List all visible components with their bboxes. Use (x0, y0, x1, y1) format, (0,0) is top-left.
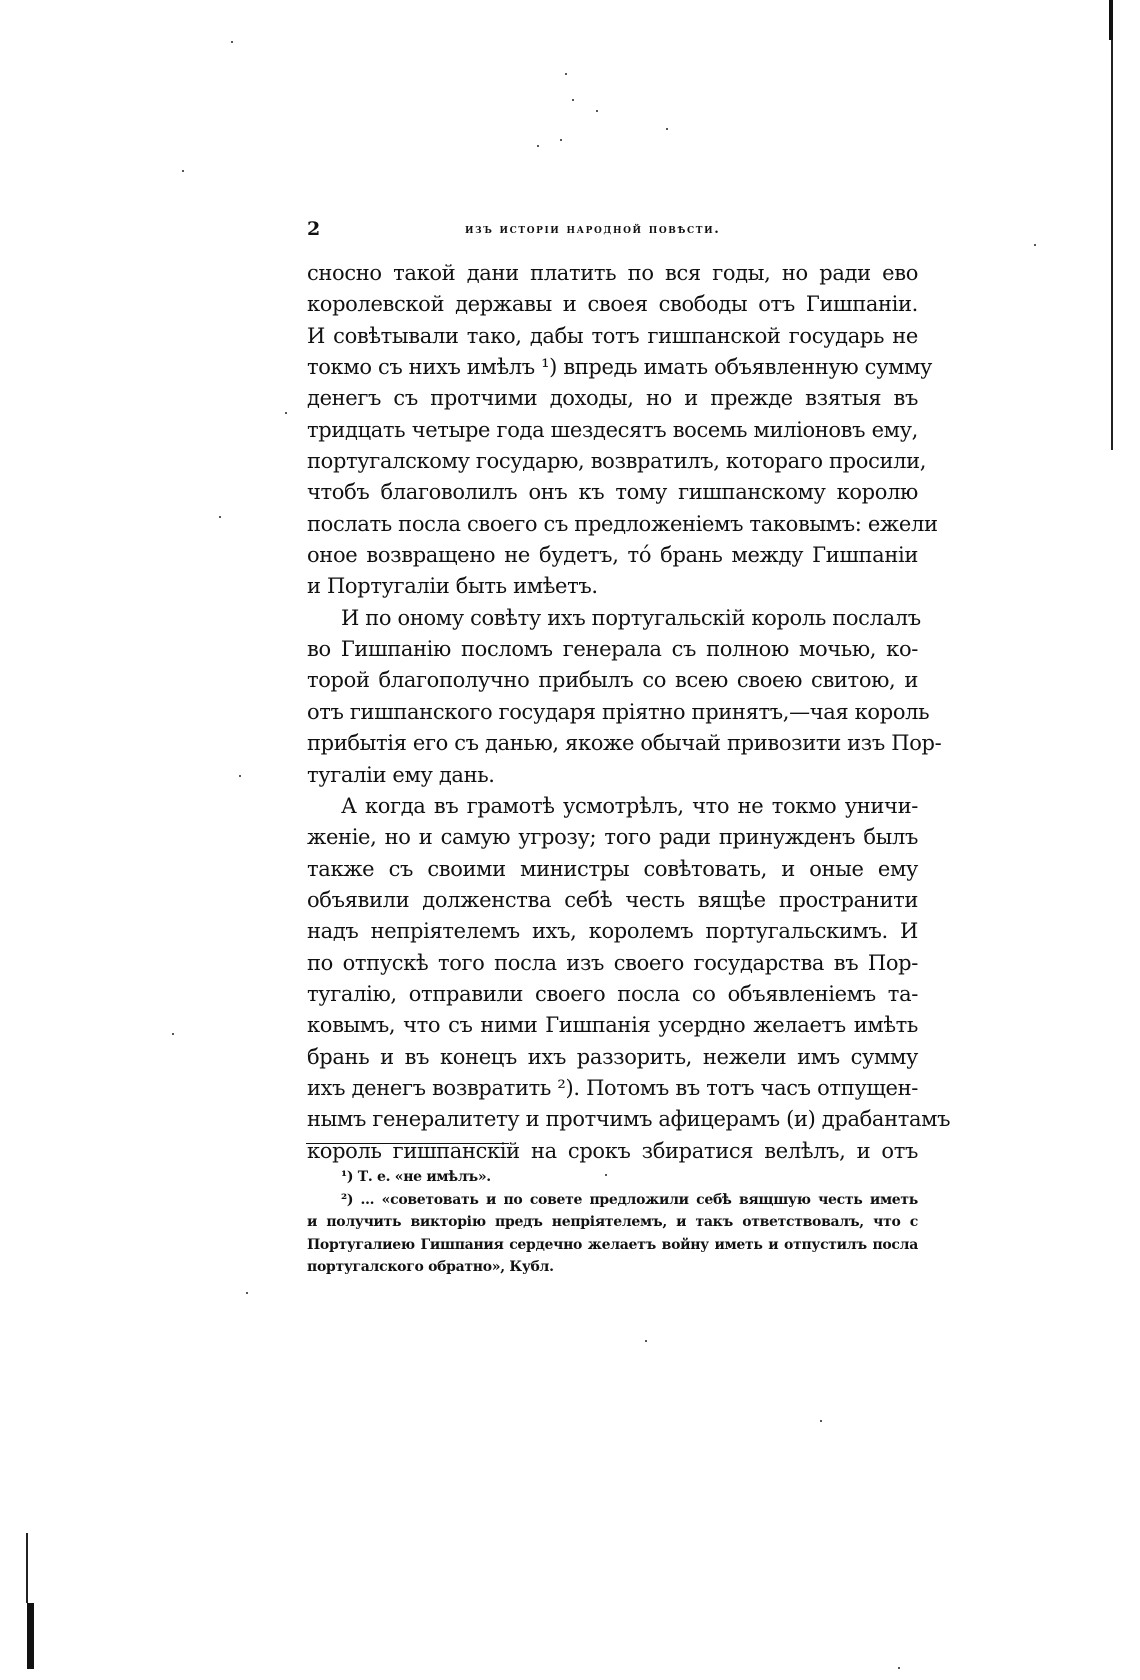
text-line: по отпускѣ того посла изъ своего государ… (307, 948, 918, 979)
text-line: надъ непріятелемъ ихъ, королемъ португал… (307, 916, 918, 947)
footnote-1: ¹) Т. е. «не имѣлъ». (307, 1166, 918, 1189)
footnotes: ¹) Т. е. «не имѣлъ». ²) … «советовать и … (307, 1166, 918, 1279)
text-line: прибытія его съ данью, якоже обычай прив… (307, 728, 918, 759)
scan-speck (285, 412, 287, 414)
scan-speck (565, 73, 567, 75)
running-head: 2 ИЗЪ ИСТОРІИ НАРОДНОЙ ПОВѢСТИ. (307, 218, 918, 240)
paragraph-start-line: И по оному совѣту ихъ португальскій коро… (307, 603, 918, 634)
text-line: денегъ съ протчими доходы, но и прежде в… (307, 383, 918, 414)
text-line: ковымъ, что съ ними Гишпанія усердно жел… (307, 1010, 918, 1041)
scan-edge-line-left (26, 1533, 28, 1603)
footnote-line: и получить викторію предъ непріятелемъ, … (307, 1211, 918, 1234)
text-line: тугаліи ему дань. (307, 760, 918, 791)
text-line: и Португаліи быть имѣетъ. (307, 571, 918, 602)
scan-edge-line-right (1111, 0, 1113, 450)
scan-speck (219, 516, 221, 518)
scan-speck (1034, 244, 1036, 246)
text-line: И совѣтывали тако, дабы тотъ гишпанской … (307, 321, 918, 352)
text-line: королевской державы и своея свободы отъ … (307, 289, 918, 320)
scan-speck (645, 1340, 647, 1342)
book-page: 2 ИЗЪ ИСТОРІИ НАРОДНОЙ ПОВѢСТИ. сносно т… (0, 0, 1140, 1680)
scan-speck (560, 139, 562, 141)
text-line: тридцать четыре года шездесятъ восемь ми… (307, 415, 918, 446)
text-line: ихъ денегъ возвратить ²). Потомъ въ тотъ… (307, 1073, 918, 1104)
scan-speck (246, 1292, 248, 1294)
footnote-line: Португалиею Гишпания сердечно желаетъ во… (307, 1234, 918, 1257)
text-line: король гишпанскій на срокъ збиратися вел… (307, 1136, 918, 1167)
text-line: объявили долженства себѣ честь вящѣе про… (307, 885, 918, 916)
text-line: португалскому государю, возвратилъ, кото… (307, 446, 918, 477)
text-line: во Гишпанію посломъ генерала съ полною м… (307, 634, 918, 665)
scan-speck (596, 110, 598, 112)
text-line: токмо съ нихъ имѣлъ ¹) впредь имать объя… (307, 352, 918, 383)
scan-edge-bar-left (27, 1603, 34, 1669)
scan-speck (172, 1033, 174, 1035)
text-line: отъ гишпанского государя пріятно принятъ… (307, 697, 918, 728)
text-line: послать посла своего съ предложеніемъ та… (307, 509, 918, 540)
body-text: сносно такой дани платить по вся годы, н… (307, 258, 918, 1167)
text-line: женіе, но и самую угрозу; того ради прин… (307, 822, 918, 853)
scan-edge-mark-right-top (1109, 0, 1113, 40)
footnote-separator (306, 1143, 509, 1144)
text-line: торой благополучно прибылъ со всею своею… (307, 665, 918, 696)
text-line: чтобъ благоволилъ онъ къ тому гишпанском… (307, 477, 918, 508)
scan-speck (898, 1667, 900, 1669)
text-line: брань и въ конецъ ихъ раззорить, нежели … (307, 1042, 918, 1073)
running-title: ИЗЪ ИСТОРІИ НАРОДНОЙ ПОВѢСТИ. (465, 220, 720, 240)
scan-speck (239, 775, 241, 777)
scan-speck (537, 145, 539, 147)
text-line: нымъ генералитету и протчимъ афицерамъ (… (307, 1104, 918, 1135)
footnote-line: португалского обратно», Кубл. (307, 1256, 918, 1279)
page-number: 2 (307, 218, 320, 240)
text-line: также съ своими министры совѣтовать, и о… (307, 854, 918, 885)
paragraph-start-line: А когда въ грамотѣ усмотрѣлъ, что не ток… (307, 791, 918, 822)
scan-speck (572, 99, 574, 101)
text-line: сносно такой дани платить по вся годы, н… (307, 258, 918, 289)
text-line: тугалію, отправили своего посла со объяв… (307, 979, 918, 1010)
scan-speck (231, 41, 233, 43)
scan-speck (820, 1420, 822, 1422)
scan-speck (182, 170, 184, 172)
scan-speck (666, 128, 668, 130)
footnote-2: ²) … «советовать и по совете предложили … (307, 1189, 918, 1212)
text-line: оное возвращено не будетъ, то́ брань меж… (307, 540, 918, 571)
